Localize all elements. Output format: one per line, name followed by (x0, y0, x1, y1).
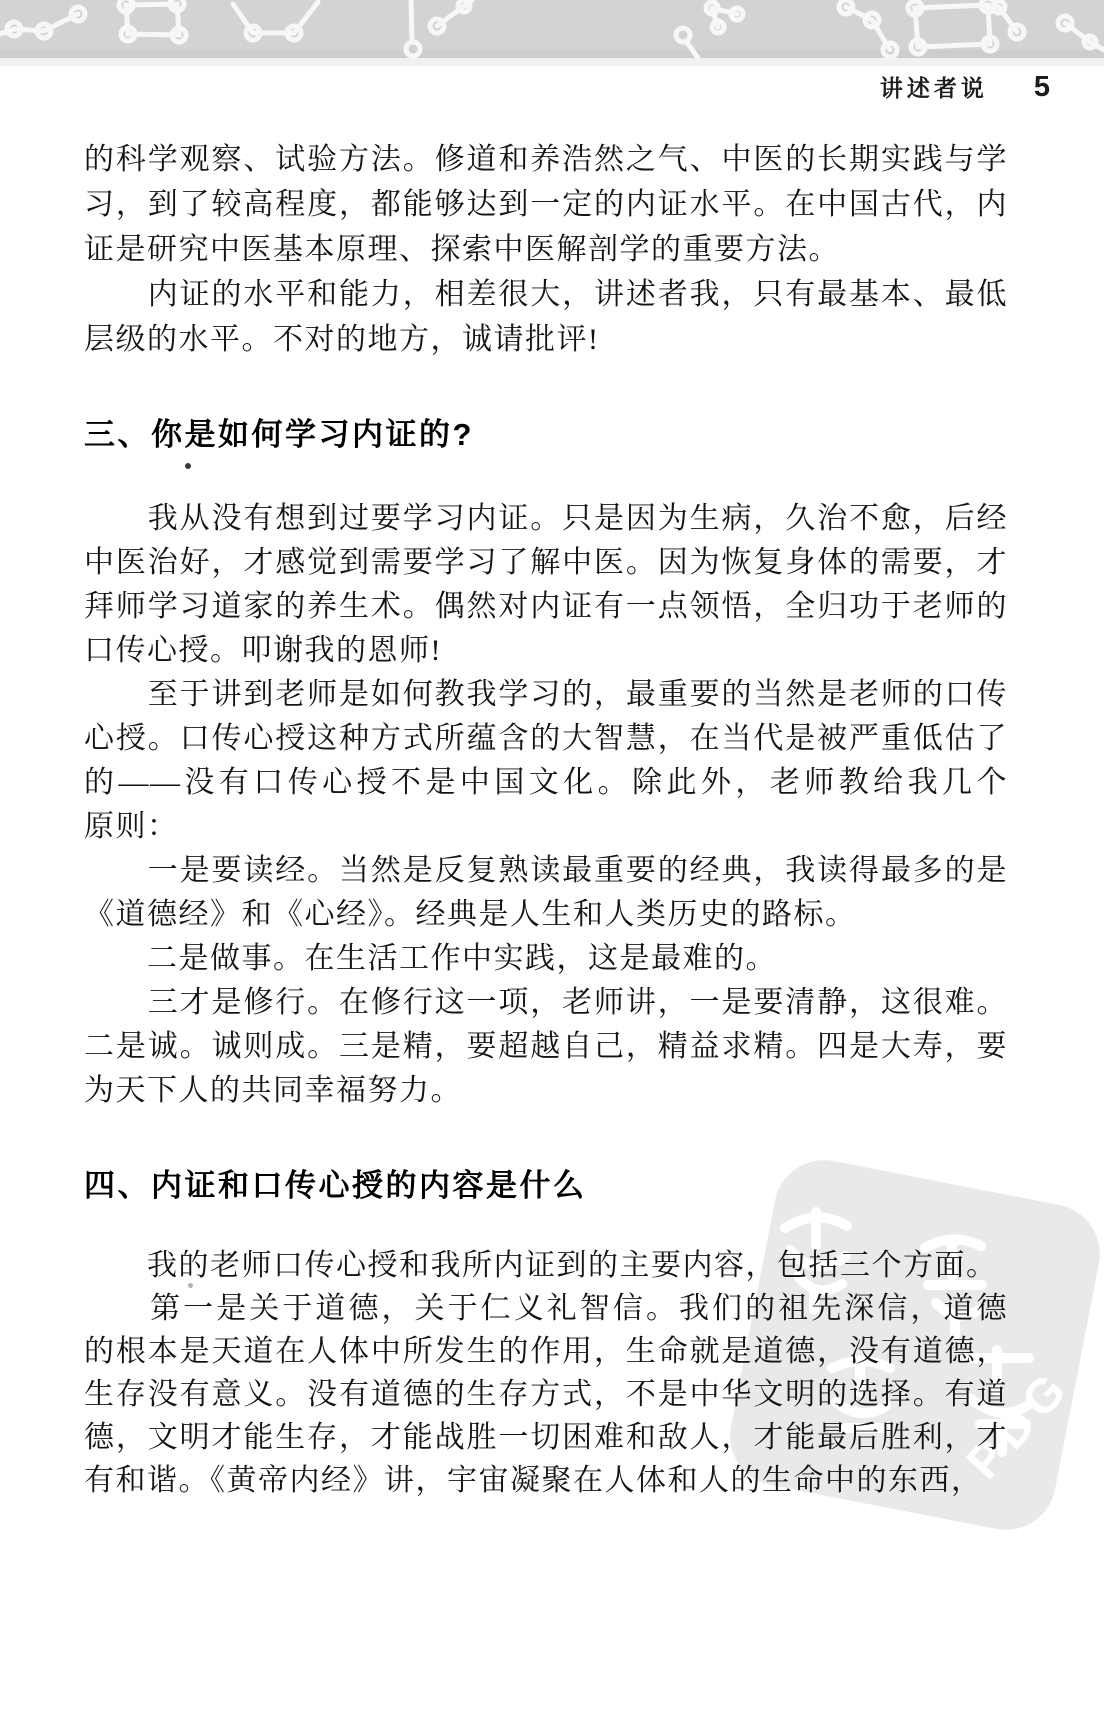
text-line: 二是诚。诚则成。三是精，要超越自己，精益求精。四是大寿，要 (84, 1025, 1008, 1069)
intro-text-block: 的科学观察、试验方法。修道和养浩然之气、中医的长期实践与学 习，到了较高程度，都… (84, 137, 1008, 362)
text-line: 第一是关于道德，关于仁义礼智信。我们的祖先深信，道德 (84, 1287, 1008, 1330)
text-line: 原则： (84, 805, 1008, 849)
text-line: 我的老师口传心授和我所内证到的主要内容，包括三个方面。 (84, 1244, 1008, 1287)
running-header: 讲述者说 5 (880, 70, 1050, 104)
text-line: 的科学观察、试验方法。修道和养浩然之气、中医的长期实践与学 (84, 137, 1008, 182)
page-number: 5 (1034, 71, 1050, 104)
text-line: 内证的水平和能力，相差很大，讲述者我，只有最基本、最低 (84, 272, 1008, 317)
text-line: 生存没有意义。没有道德的生存方式，不是中华文明的选择。有道 (84, 1373, 1008, 1416)
text-line: 我从没有想到过要学习内证。只是因为生病，久治不愈，后经 (84, 497, 1008, 541)
text-line: 心授。口传心授这种方式所蕴含的大智慧，在当代是被严重低估了 (84, 717, 1008, 761)
text-line: 口传心授。叩谢我的恩师! (84, 629, 1008, 673)
text-line: 的根本是天道在人体中所发生的作用，生命就是道德，没有道德， (84, 1330, 1008, 1373)
section-heading-4: 四、内证和口传心授的内容是什么 (84, 1160, 587, 1205)
text-line: 证是研究中医基本原理、探索中医解剖学的重要方法。 (84, 227, 1008, 272)
text-line: 二是做事。在生活工作中实践，这是最难的。 (84, 937, 1008, 981)
section3-text-block: 我从没有想到过要学习内证。只是因为生病，久治不愈，后经 中医治好，才感觉到需要学… (84, 497, 1008, 1113)
text-line: 习，到了较高程度，都能够达到一定的内证水平。在中国古代，内 (84, 182, 1008, 227)
text-line: 三才是修行。在修行这一项，老师讲，一是要清静，这很难。 (84, 981, 1008, 1025)
text-line: 德，文明才能生存，才能战胜一切困难和敌人，才能最后胜利，才 (84, 1416, 1008, 1459)
text-line: 的——没有口传心授不是中国文化。除此外，老师教给我几个 (84, 761, 1008, 805)
text-line: 有和谐。《黄帝内经》讲，宇宙凝聚在人体和人的生命中的东西， (84, 1459, 1008, 1502)
running-title: 讲述者说 (880, 70, 988, 103)
constellation-band-art (0, 0, 1104, 66)
text-line: 至于讲到老师是如何教我学习的，最重要的当然是老师的口传 (84, 673, 1008, 717)
section-heading-3: 三、你是如何学习内证的? (84, 409, 474, 454)
text-line: 为天下人的共同幸福努力。 (84, 1069, 1008, 1113)
scan-artifact-dot (185, 463, 191, 469)
text-line: 一是要读经。当然是反复熟读最重要的经典，我读得最多的是 (84, 849, 1008, 893)
text-line: 《道德经》和《心经》。经典是人生和人类历史的路标。 (84, 893, 1008, 937)
scanned-book-page: { "header": { "running_title": "讲述者说", "… (0, 0, 1104, 1710)
text-line: 中医治好，才感觉到需要学习了解中医。因为恢复身体的需要，才 (84, 541, 1008, 585)
text-line: 拜师学习道家的养生术。偶然对内证有一点领悟，全归功于老师的 (84, 585, 1008, 629)
section4-text-block: 我的老师口传心授和我所内证到的主要内容，包括三个方面。 第一是关于道德，关于仁义… (84, 1244, 1008, 1502)
text-line: 层级的水平。不对的地方，诚请批评! (84, 317, 1008, 362)
